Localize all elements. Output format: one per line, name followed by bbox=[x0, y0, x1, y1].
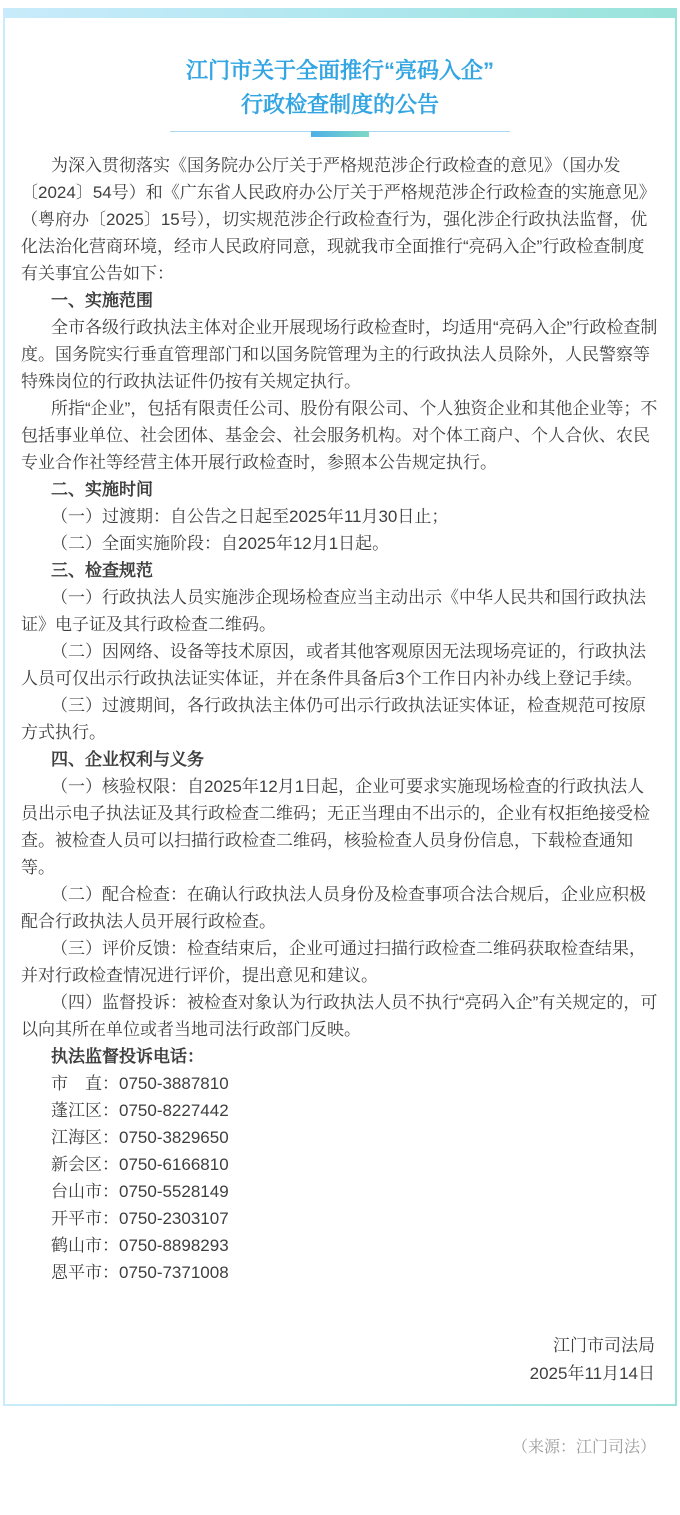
hotline-entry-enping: 恩平市：0750-7371008 bbox=[21, 1259, 659, 1286]
title-underline bbox=[170, 131, 510, 132]
notice-card: 江门市关于全面推行“亮码入企” 行政检查制度的公告 为深入贯彻落实《国务院办公厅… bbox=[5, 18, 675, 1404]
section-4-paragraph: （三）评价反馈：检查结束后，企业可通过扫描行政检查二维码获取检查结果，并对行政检… bbox=[21, 935, 659, 989]
intro-paragraph: 为深入贯彻落实《国务院办公厅关于严格规范涉企行政检查的意见》（国办发〔2024〕… bbox=[21, 152, 659, 287]
title-accent-bar bbox=[311, 131, 369, 137]
section-1-paragraph: 所指“企业”，包括有限责任公司、股份有限公司、个人独资企业和其他企业等；不包括事… bbox=[21, 395, 659, 476]
notice-body: 为深入贯彻落实《国务院办公厅关于严格规范涉企行政检查的意见》（国办发〔2024〕… bbox=[21, 152, 659, 1388]
hotline-entry-pengjiang: 蓬江区：0750-8227442 bbox=[21, 1097, 659, 1124]
hotline-entry-heshan: 鹤山市：0750-8898293 bbox=[21, 1232, 659, 1259]
section-3-heading: 三、检查规范 bbox=[21, 557, 659, 584]
section-3-paragraph: （一）行政执法人员实施涉企现场检查应当主动出示《中华人民共和国行政执法证》电子证… bbox=[21, 584, 659, 638]
signature-org: 江门市司法局 bbox=[21, 1332, 655, 1360]
section-1-heading: 一、实施范围 bbox=[21, 287, 659, 314]
section-4-heading: 四、企业权利与义务 bbox=[21, 746, 659, 773]
hotline-entry-shizhi: 市 直：0750-3887810 bbox=[21, 1070, 659, 1097]
signature-block: 江门市司法局 2025年11月14日 bbox=[21, 1332, 659, 1388]
section-1-paragraph: 全市各级行政执法主体对企业开展现场行政检查时，均适用“亮码入企”行政检查制度。国… bbox=[21, 314, 659, 395]
section-2-paragraph: （一）过渡期：自公告之日起至2025年11月30日止； bbox=[21, 503, 659, 530]
section-2-heading: 二、实施时间 bbox=[21, 476, 659, 503]
hotline-entry-kaiping: 开平市：0750-2303107 bbox=[21, 1205, 659, 1232]
hotline-entry-jianghai: 江海区：0750-3829650 bbox=[21, 1124, 659, 1151]
hotline-heading: 执法监督投诉电话： bbox=[21, 1043, 659, 1070]
page-title-line1: 江门市关于全面推行“亮码入企” bbox=[21, 54, 659, 88]
section-3-paragraph: （二）因网络、设备等技术原因，或者其他客观原因无法现场亮证的，行政执法人员可仅出… bbox=[21, 638, 659, 692]
notice-card-frame: 江门市关于全面推行“亮码入企” 行政检查制度的公告 为深入贯彻落实《国务院办公厅… bbox=[3, 8, 677, 1406]
page-title-line2: 行政检查制度的公告 bbox=[21, 88, 659, 122]
hotline-entry-xinhui: 新会区：0750-6166810 bbox=[21, 1151, 659, 1178]
section-2-paragraph: （二）全面实施阶段：自2025年12月1日起。 bbox=[21, 530, 659, 557]
hotline-entry-taishan: 台山市：0750-5528149 bbox=[21, 1178, 659, 1205]
section-4-paragraph: （一）核验权限：自2025年12月1日起，企业可要求实施现场检查的行政执法人员出… bbox=[21, 773, 659, 881]
title-block: 江门市关于全面推行“亮码入企” 行政检查制度的公告 bbox=[21, 54, 659, 132]
section-4-paragraph: （二）配合检查：在确认行政执法人员身份及检查事项合法合规后，企业应积极配合行政执… bbox=[21, 881, 659, 935]
signature-date: 2025年11月14日 bbox=[21, 1360, 655, 1388]
section-3-paragraph: （三）过渡期间，各行政执法主体仍可出示行政执法证实体证，检查规范可按原方式执行。 bbox=[21, 692, 659, 746]
section-4-paragraph: （四）监督投诉：被检查对象认为行政执法人员不执行“亮码入企”有关规定的，可以向其… bbox=[21, 989, 659, 1043]
source-note: （来源：江门司法） bbox=[0, 1436, 680, 1460]
